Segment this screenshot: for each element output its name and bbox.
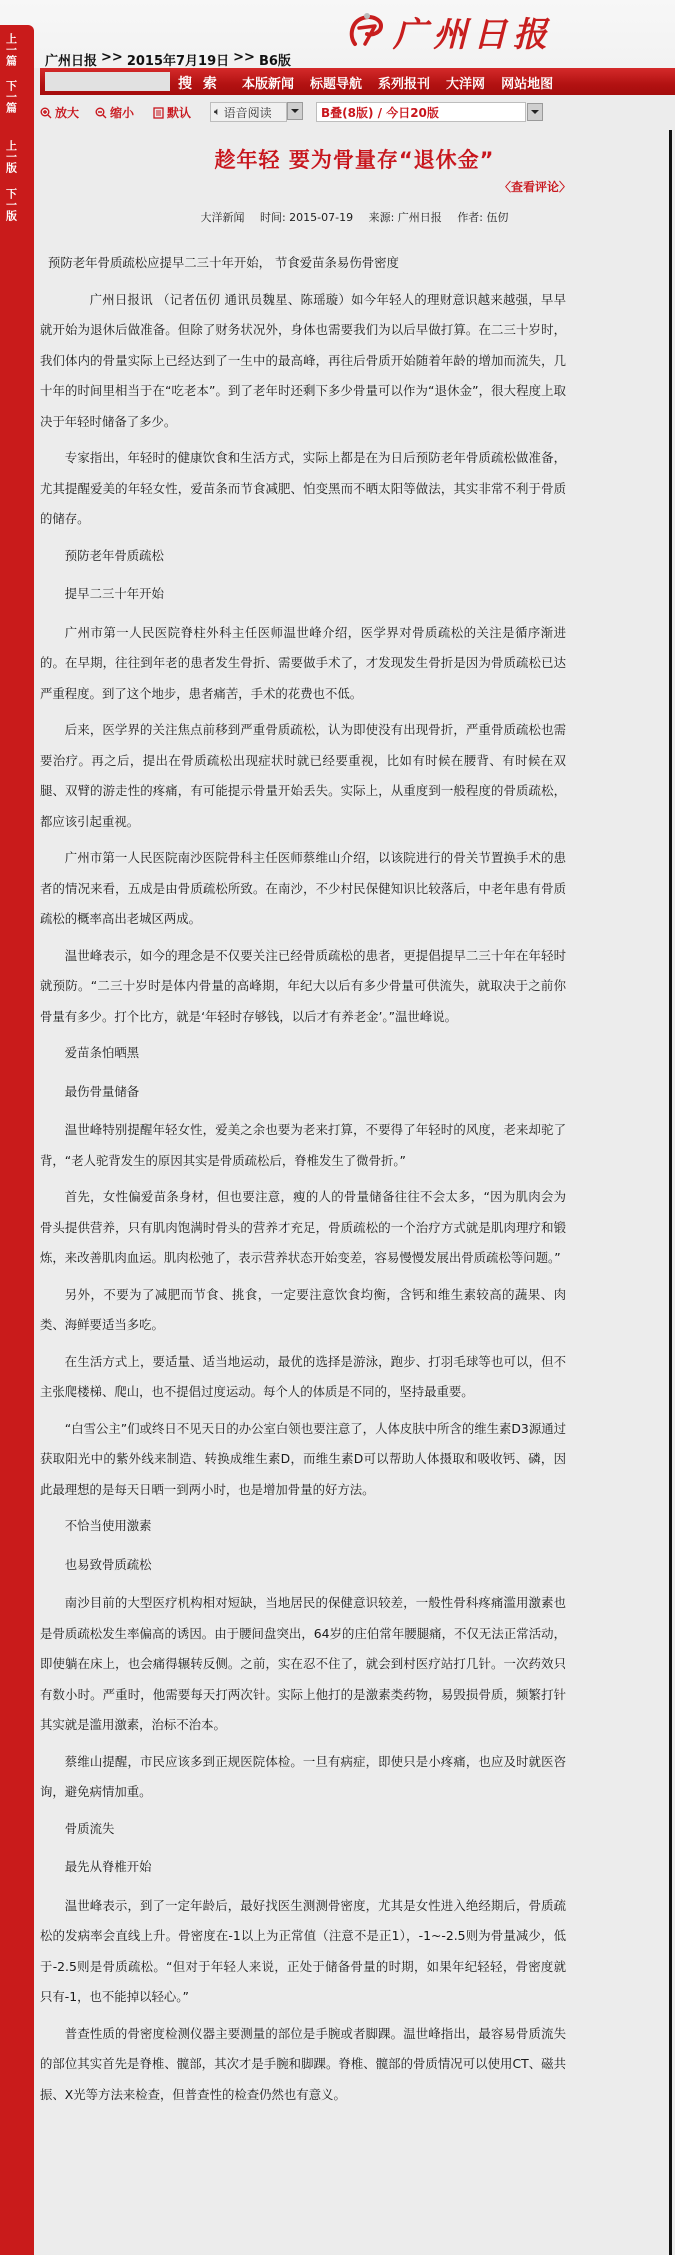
- paragraph: 温世峰表示，如今的理念是不仅要关注已经骨质疏松的患者，更提倡提早二三十年在年轻时…: [40, 941, 566, 1033]
- paragraph: “白雪公主”们或终日不见天日的办公室白领也要注意了，人体皮肤中所含的维生素D3源…: [40, 1414, 566, 1506]
- navbar: 搜 索 本版新闻 标题导航 系列报刊 大洋网 网站地图: [40, 68, 675, 95]
- nav-link-sitemap[interactable]: 网站地图: [501, 73, 553, 92]
- paragraph: 蔡维山提醒，市民应该多到正规医院体检。一旦有病症，即使只是小疼痛，也应及时就医咨…: [40, 1747, 566, 1808]
- paragraph: 在生活方式上，要适量、适当地运动，最优的选择是游泳，跑步、打羽毛球等也可以，但不…: [40, 1347, 566, 1408]
- subheading: 爱苗条怕晒黑: [40, 1038, 566, 1069]
- breadcrumb-separator: >>: [101, 50, 123, 69]
- article-title: 趁年轻 要为骨量存“退休金”: [40, 144, 669, 174]
- header: 广州日报 广州日报 >> 2015年7月19日 >> B6版: [0, 0, 675, 68]
- meta-source-site: 大洋新闻: [200, 211, 244, 224]
- subheading: 提早二三十年开始: [40, 579, 566, 610]
- paragraph: 首先，女性偏爱苗条身材，但也要注意，瘦的人的骨量储备往往不会太多，“因为肌肉会为…: [40, 1182, 566, 1274]
- nav-link-title-nav[interactable]: 标题导航: [310, 73, 362, 92]
- zoom-in-button[interactable]: 放大: [40, 104, 79, 121]
- breadcrumb-separator: >>: [233, 50, 255, 69]
- zoom-out-label: 缩小: [110, 104, 134, 121]
- search-button[interactable]: 搜 索: [178, 73, 220, 93]
- prev-article-label: 上一篇: [5, 33, 18, 66]
- chevron-down-icon: [531, 110, 539, 114]
- logo-text: 广州日报: [393, 7, 553, 56]
- page: 广州日报 广州日报 >> 2015年7月19日 >> B6版 搜 索 本版新闻 …: [0, 0, 675, 2255]
- speaker-icon: 🔈︎: [214, 105, 221, 119]
- edition-select-value: B叠(8版) / 今日20版: [321, 104, 439, 121]
- document-icon: [153, 107, 164, 119]
- next-page-link[interactable]: 下一版: [0, 188, 22, 221]
- paragraph: 广州市第一人民医院南沙医院骨科主任医师蔡维山介绍，以该院进行的骨关节置换手术的患…: [40, 843, 566, 935]
- paragraph: 广州日报讯 （记者伍仞 通讯员魏星、陈瑶璇）如今年轻人的理财意识越来越强，早早就…: [40, 285, 566, 438]
- nav-links: 本版新闻 标题导航 系列报刊 大洋网 网站地图: [242, 73, 569, 92]
- paragraph: 后来，医学界的关注焦点前移到严重骨质疏松，认为即使没有出现骨折，严重骨质疏松也需…: [40, 715, 566, 837]
- subheading: 预防老年骨质疏松: [40, 541, 566, 572]
- article-body: 预防老年骨质疏松应提早二三十年开始， 节食爱苗条易伤骨密度 广州日报讯 （记者伍…: [40, 248, 566, 2116]
- zoom-in-label: 放大: [55, 104, 79, 121]
- paragraph: 专家指出，年轻时的健康饮食和生活方式，实际上都是在为日后预防老年骨质疏松做准备，…: [40, 443, 566, 535]
- subheading: 最伤骨量储备: [40, 1077, 566, 1108]
- edition-dropdown-button[interactable]: [527, 103, 543, 121]
- logo-mark-icon: [345, 10, 387, 52]
- breadcrumb-page: B6版: [259, 50, 291, 69]
- article-meta: 大洋新闻 时间: 2015-07-19 来源: 广州日报 作者: 伍仞: [40, 209, 669, 225]
- page-nav-sidebar: 上一篇 下一篇 上一版 下一版: [0, 25, 34, 2255]
- voice-reading-select[interactable]: 🔈︎ 语音阅读: [210, 102, 287, 122]
- article-lead: 预防老年骨质疏松应提早二三十年开始， 节食爱苗条易伤骨密度: [40, 248, 566, 279]
- meta-time: 时间: 2015-07-19: [260, 211, 353, 224]
- default-size-label: 默认: [167, 104, 191, 121]
- breadcrumb-paper[interactable]: 广州日报: [45, 50, 97, 69]
- next-article-label: 下一篇: [5, 80, 18, 113]
- paragraph: 温世峰特别提醒年轻女性，爱美之余也要为老来打算，不要得了年轻时的风度，老来却驼了…: [40, 1115, 566, 1176]
- search-input[interactable]: [45, 72, 170, 91]
- subheading: 也易致骨质疏松: [40, 1550, 566, 1581]
- next-article-link[interactable]: 下一篇: [0, 80, 22, 113]
- default-size-button[interactable]: 默认: [153, 104, 191, 121]
- chevron-down-icon: [291, 109, 299, 113]
- paragraph: 另外，不要为了减肥而节食、挑食，一定要注意饮食均衡，含钙和维生素较高的蔬果、肉类…: [40, 1280, 566, 1341]
- nav-link-dayoo[interactable]: 大洋网: [446, 73, 485, 92]
- content-border: [669, 130, 672, 2255]
- prev-article-link[interactable]: 上一篇: [0, 33, 22, 66]
- prev-page-label: 上一版: [5, 140, 18, 173]
- nav-link-page-news[interactable]: 本版新闻: [242, 73, 294, 92]
- zoom-out-button[interactable]: 缩小: [95, 104, 134, 121]
- nav-link-series[interactable]: 系列报刊: [378, 73, 430, 92]
- breadcrumb-date[interactable]: 2015年7月19日: [127, 50, 229, 69]
- meta-author: 作者: 伍仞: [457, 211, 508, 224]
- subheading: 最先从脊椎开始: [40, 1852, 566, 1883]
- paragraph: 广州市第一人民医院脊柱外科主任医师温世峰介绍，医学界对骨质疏松的关注是循序渐进的…: [40, 618, 566, 710]
- subheading: 不恰当使用激素: [40, 1511, 566, 1542]
- edition-select[interactable]: B叠(8版) / 今日20版: [316, 102, 526, 122]
- paragraph: 普查性质的骨密度检测仪器主要测量的部位是手腕或者脚踝。温世峰指出，最容易骨质流失…: [40, 2019, 566, 2111]
- zoom-in-icon: [40, 107, 52, 119]
- view-comments-link[interactable]: 〈查看评论〉: [499, 178, 571, 195]
- logo: 广州日报: [345, 6, 553, 56]
- voice-dropdown-button[interactable]: [287, 102, 303, 120]
- zoom-out-icon: [95, 107, 107, 119]
- subheading: 骨质流失: [40, 1814, 566, 1845]
- meta-source: 来源: 广州日报: [369, 211, 442, 224]
- paragraph: 温世峰表示，到了一定年龄后，最好找医生测测骨密度，尤其是女性进入绝经期后，骨质疏…: [40, 1891, 566, 2013]
- breadcrumb: 广州日报 >> 2015年7月19日 >> B6版: [45, 50, 291, 69]
- paragraph: 南沙目前的大型医疗机构相对短缺，当地居民的保健意识较差，一般性骨科疼痛滥用激素也…: [40, 1588, 566, 1741]
- toolbar: 放大 缩小 默认 🔈︎ 语音阅读 B叠(8版) / 今日20版: [40, 96, 675, 128]
- next-page-label: 下一版: [5, 188, 18, 221]
- prev-page-link[interactable]: 上一版: [0, 140, 22, 173]
- voice-reading-label: 语音阅读: [224, 104, 272, 121]
